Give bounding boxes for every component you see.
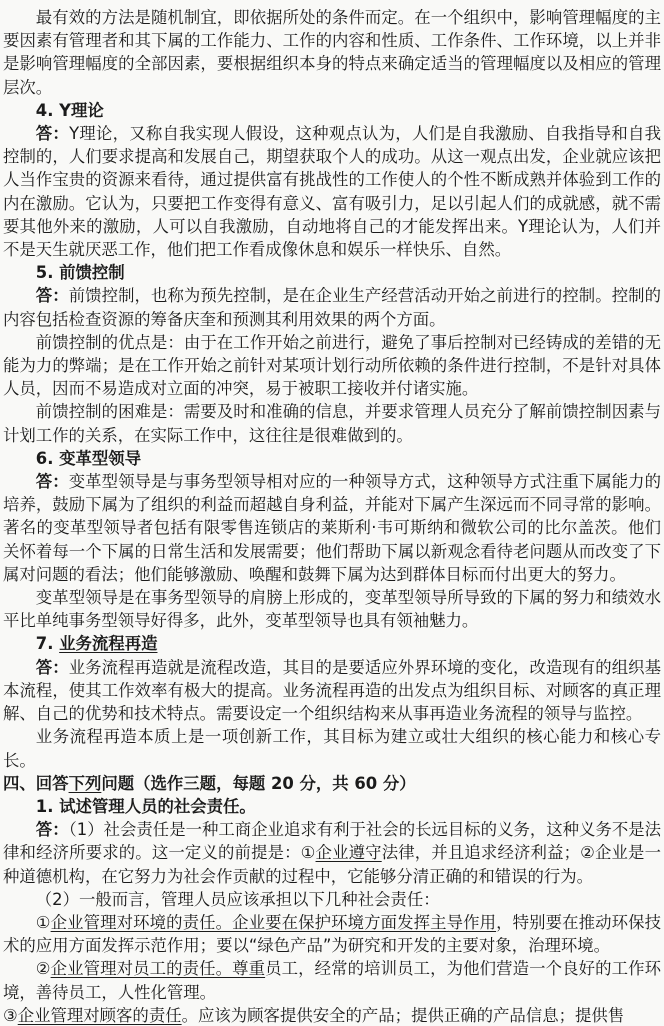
para-bpr-innovation: 业务流程再造本质上是一项创新工作，其目标为建立或壮大组织的核心能力和核心专长。 <box>3 725 661 771</box>
heading-question-1: 1. 试述管理人员的社会责任。 <box>3 795 661 818</box>
text-run: ③ <box>3 1006 18 1025</box>
text-run: 企业管理对顾客的责任 <box>18 1006 182 1025</box>
text-run: 企业遵守 <box>316 843 382 862</box>
text-run: 。应该为顾客提供安全的产品；提供正确的产品信息；提供售 <box>182 1006 625 1025</box>
text-run: 答： <box>36 658 69 677</box>
text-run: 变革型领导是在事务型领导的肩膀上形成的，变革型领导所导致的下属的努力和绩效水平比… <box>3 588 661 630</box>
text-run: 业务流程再造本质上是一项创新工作，其目标为建立或壮大组织的核心能力和核心专长。 <box>3 727 661 769</box>
text-run: 6. 变革型领导 <box>36 449 141 468</box>
para-transformational-answer: 答：变革型领导是与事务型领导相对应的一种领导方式，这种领导方式注重下属能力的培养… <box>3 470 661 586</box>
para-span-of-control: 最有效的方法是随机制宜，即依据所处的条件而定。在一个组织中，影响管理幅度的主要因… <box>3 6 661 99</box>
para-transformational-summary: 变革型领导是在事务型领导的肩膀上形成的，变革型领导所导致的下属的努力和绩效水平比… <box>3 586 661 632</box>
text-run: 问题（选作三题，每题 20 分，共 60 分） <box>101 774 415 793</box>
para-responsibility-environment: ①企业管理对环境的责任。企业要在保护环境方面发挥主导作用，特别要在推动环保技术的… <box>3 911 661 957</box>
para-feedforward-definition: 答：前馈控制，也称为预先控制，是在企业生产经营活动开始之前进行的控制。控制的内容… <box>3 284 661 330</box>
text-run: 前馈控制，也称为预先控制，是在企业生产经营活动开始之前进行的控制。控制的内容包括… <box>3 286 661 328</box>
document-content: 最有效的方法是随机制宜，即依据所处的条件而定。在一个组织中，影响管理幅度的主要因… <box>3 6 661 1026</box>
text-run: ① <box>36 913 51 932</box>
text-run: Y理论，又称自我实现人假设，这种观点认为，人们是自我激励、自我指导和自我控制的，… <box>3 124 661 259</box>
text-run: （2）一般而言，管理人员应该承担以下几种社会责任： <box>36 890 440 909</box>
text-run: 4. Y理论 <box>36 101 104 120</box>
text-run: 变革型领导是与事务型领导相对应的一种领导方式，这种领导方式注重下属能力的培养，鼓… <box>3 472 661 584</box>
heading-feedforward-control: 5. 前馈控制 <box>3 261 661 284</box>
text-run: 前馈控制的优点是：由于在工作开始之前进行，避免了事后控制对已经铸成的差错的无能为… <box>3 333 661 398</box>
para-responsibility-employees: ②企业管理对员工的责任。尊重员工，经常的培训员工，为他们营造一个良好的工作环境，… <box>3 957 661 1003</box>
document-page: 最有效的方法是随机制宜，即依据所处的条件而定。在一个组织中，影响管理幅度的主要因… <box>0 0 664 1026</box>
para-bpr-answer: 答：业务流程再造就是流程改造，其目的是要适应外界环境的变化，改造现有的组织基本流… <box>3 656 661 726</box>
text-run: 答： <box>36 820 69 839</box>
heading-section-four: 四、回答下列问题（选作三题，每题 20 分，共 60 分） <box>3 772 661 795</box>
para-feedforward-advantages: 前馈控制的优点是：由于在工作开始之前进行，避免了事后控制对已经铸成的差错的无能为… <box>3 331 661 401</box>
text-run: 下列 <box>69 774 102 793</box>
heading-bpr: 7. 业务流程再造 <box>3 632 661 655</box>
text-run: 答： <box>36 472 69 491</box>
text-run: 业务流程再造 <box>59 634 157 653</box>
text-run: 1. 试述管理人员的社会责任。 <box>36 797 256 816</box>
text-run: 7. <box>36 634 59 653</box>
text-run: 答： <box>36 124 69 143</box>
text-run: 企业管理对员工的责任。尊重 <box>51 959 266 978</box>
heading-y-theory: 4. Y理论 <box>3 99 661 122</box>
text-run: 四、回答 <box>3 774 69 793</box>
text-run: 企业管理对环境的责任。企业要在保护环境方面发挥主导作用 <box>51 913 497 932</box>
text-run: 业务流程再造就是流程改造，其目的是要适应外界环境的变化，改造现有的组织基本流程，… <box>3 658 661 723</box>
para-social-responsibility-list-intro: （2）一般而言，管理人员应该承担以下几种社会责任： <box>3 888 661 911</box>
para-responsibility-customers: ③企业管理对顾客的责任。应该为顾客提供安全的产品；提供正确的产品信息；提供售 <box>3 1004 661 1026</box>
para-y-theory-answer: 答：Y理论，又称自我实现人假设，这种观点认为，人们是自我激励、自我指导和自我控制… <box>3 122 661 261</box>
text-run: ② <box>36 959 51 978</box>
para-feedforward-difficulty: 前馈控制的困难是：需要及时和准确的信息，并要求管理人员充分了解前馈控制因素与计划… <box>3 400 661 446</box>
para-social-responsibility-definition: 答：（1）社会责任是一种工商企业追求有利于社会的长远目标的义务，这种义务不是法律… <box>3 818 661 888</box>
heading-transformational-leadership: 6. 变革型领导 <box>3 447 661 470</box>
text-run: 5. 前馈控制 <box>36 263 125 282</box>
text-run: 最有效的方法是随机制宜，即依据所处的条件而定。在一个组织中，影响管理幅度的主要因… <box>3 8 661 97</box>
text-run: 前馈控制的困难是：需要及时和准确的信息，并要求管理人员充分了解前馈控制因素与计划… <box>3 402 661 444</box>
text-run: 答： <box>36 286 69 305</box>
